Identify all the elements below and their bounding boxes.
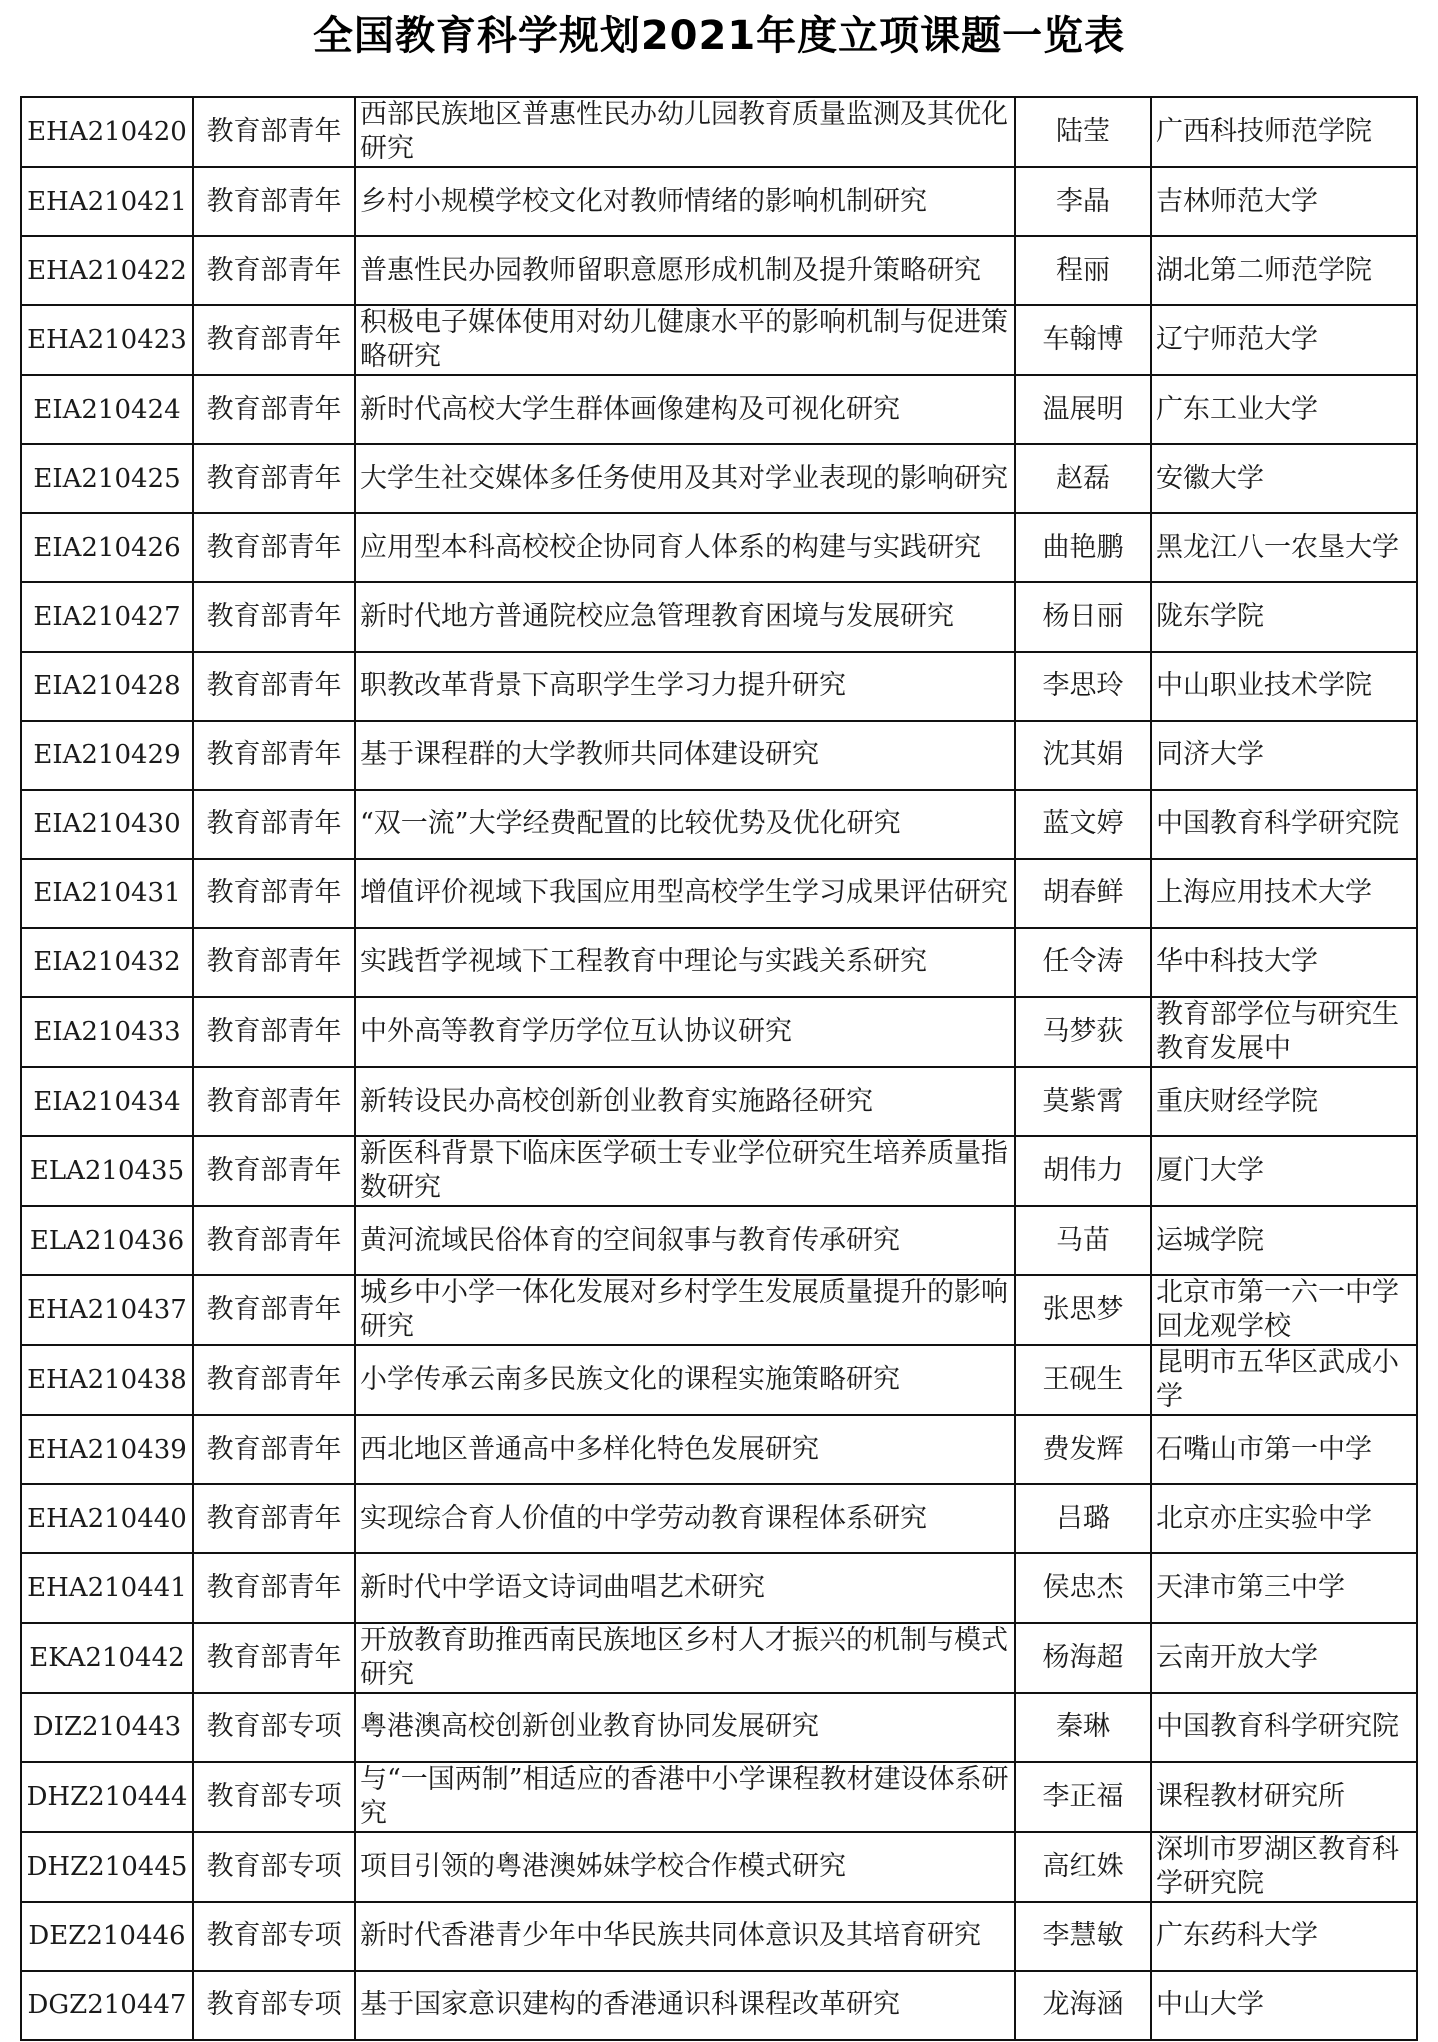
project-topic-cell: 实现综合育人价值的中学劳动教育课程体系研究 xyxy=(355,1484,1015,1553)
project-topic-cell: 积极电子媒体使用对幼儿健康水平的影响机制与促进策略研究 xyxy=(355,305,1015,375)
table-row: EHA210423教育部青年积极电子媒体使用对幼儿健康水平的影响机制与促进策略研… xyxy=(21,305,1417,375)
project-type-cell: 教育部青年 xyxy=(193,790,355,859)
principal-investigator-cell: 胡伟力 xyxy=(1015,1136,1151,1206)
project-topic-cell: 基于国家意识建构的香港通识科课程改革研究 xyxy=(355,1971,1015,2040)
institution-cell: 教育部学位与研究生教育发展中 xyxy=(1151,997,1417,1067)
institution-cell: 深圳市罗湖区教育科学研究院 xyxy=(1151,1832,1417,1902)
principal-investigator-cell: 吕璐 xyxy=(1015,1484,1151,1553)
project-type-cell: 教育部青年 xyxy=(193,1623,355,1693)
project-type-cell: 教育部专项 xyxy=(193,1902,355,1971)
principal-investigator-cell: 赵磊 xyxy=(1015,444,1151,513)
project-code-cell: DHZ210444 xyxy=(21,1762,193,1832)
institution-cell: 厦门大学 xyxy=(1151,1136,1417,1206)
institution-cell: 课程教材研究所 xyxy=(1151,1762,1417,1832)
table-row: EHA210439教育部青年西北地区普通高中多样化特色发展研究费发辉石嘴山市第一… xyxy=(21,1415,1417,1484)
project-topic-cell: “双一流”大学经费配置的比较优势及优化研究 xyxy=(355,790,1015,859)
project-topic-cell: 新时代中学语文诗词曲唱艺术研究 xyxy=(355,1553,1015,1622)
table-row: EIA210434教育部青年新转设民办高校创新创业教育实施路径研究莫紫霄重庆财经… xyxy=(21,1067,1417,1136)
principal-investigator-cell: 陆莹 xyxy=(1015,97,1151,167)
institution-cell: 中国教育科学研究院 xyxy=(1151,1693,1417,1762)
table-row: EHA210420教育部青年西部民族地区普惠性民办幼儿园教育质量监测及其优化研究… xyxy=(21,97,1417,167)
project-type-cell: 教育部青年 xyxy=(193,167,355,236)
project-table-body: EHA210420教育部青年西部民族地区普惠性民办幼儿园教育质量监测及其优化研究… xyxy=(21,97,1417,2040)
project-type-cell: 教育部青年 xyxy=(193,652,355,721)
table-row: ELA210436教育部青年黄河流域民俗体育的空间叙事与教育传承研究马苗运城学院 xyxy=(21,1206,1417,1275)
project-code-cell: EHA210422 xyxy=(21,236,193,305)
institution-cell: 天津市第三中学 xyxy=(1151,1553,1417,1622)
project-code-cell: EHA210437 xyxy=(21,1275,193,1345)
project-code-cell: ELA210436 xyxy=(21,1206,193,1275)
principal-investigator-cell: 曲艳鹏 xyxy=(1015,513,1151,582)
principal-investigator-cell: 车翰博 xyxy=(1015,305,1151,375)
project-type-cell: 教育部青年 xyxy=(193,582,355,651)
project-topic-cell: 新转设民办高校创新创业教育实施路径研究 xyxy=(355,1067,1015,1136)
project-type-cell: 教育部青年 xyxy=(193,513,355,582)
project-topic-cell: 基于课程群的大学教师共同体建设研究 xyxy=(355,721,1015,790)
project-type-cell: 教育部青年 xyxy=(193,1206,355,1275)
project-topic-cell: 新时代地方普通院校应急管理教育困境与发展研究 xyxy=(355,582,1015,651)
institution-cell: 中山大学 xyxy=(1151,1971,1417,2040)
table-row: EIA210429教育部青年基于课程群的大学教师共同体建设研究沈其娟同济大学 xyxy=(21,721,1417,790)
project-code-cell: DIZ210443 xyxy=(21,1693,193,1762)
table-row: EIA210428教育部青年职教改革背景下高职学生学习力提升研究李思玲中山职业技… xyxy=(21,652,1417,721)
principal-investigator-cell: 温展明 xyxy=(1015,375,1151,444)
project-code-cell: EHA210439 xyxy=(21,1415,193,1484)
principal-investigator-cell: 费发辉 xyxy=(1015,1415,1151,1484)
project-topic-cell: 实践哲学视域下工程教育中理论与实践关系研究 xyxy=(355,928,1015,997)
principal-investigator-cell: 马梦荻 xyxy=(1015,997,1151,1067)
project-topic-cell: 城乡中小学一体化发展对乡村学生发展质量提升的影响研究 xyxy=(355,1275,1015,1345)
institution-cell: 上海应用技术大学 xyxy=(1151,859,1417,928)
project-type-cell: 教育部青年 xyxy=(193,1136,355,1206)
principal-investigator-cell: 莫紫霄 xyxy=(1015,1067,1151,1136)
project-topic-cell: 中外高等教育学历学位互认协议研究 xyxy=(355,997,1015,1067)
project-topic-cell: 新医科背景下临床医学硕士专业学位研究生培养质量指数研究 xyxy=(355,1136,1015,1206)
table-row: EIA210433教育部青年中外高等教育学历学位互认协议研究马梦荻教育部学位与研… xyxy=(21,997,1417,1067)
principal-investigator-cell: 马苗 xyxy=(1015,1206,1151,1275)
project-type-cell: 教育部青年 xyxy=(193,97,355,167)
table-row: DIZ210443教育部专项粤港澳高校创新创业教育协同发展研究秦琳中国教育科学研… xyxy=(21,1693,1417,1762)
principal-investigator-cell: 王砚生 xyxy=(1015,1345,1151,1415)
project-code-cell: EIA210434 xyxy=(21,1067,193,1136)
project-code-cell: EIA210427 xyxy=(21,582,193,651)
principal-investigator-cell: 杨海超 xyxy=(1015,1623,1151,1693)
project-code-cell: EHA210440 xyxy=(21,1484,193,1553)
institution-cell: 云南开放大学 xyxy=(1151,1623,1417,1693)
project-code-cell: EHA210438 xyxy=(21,1345,193,1415)
principal-investigator-cell: 李晶 xyxy=(1015,167,1151,236)
project-code-cell: EIA210433 xyxy=(21,997,193,1067)
institution-cell: 广东工业大学 xyxy=(1151,375,1417,444)
institution-cell: 吉林师范大学 xyxy=(1151,167,1417,236)
table-row: EIA210424教育部青年新时代高校大学生群体画像建构及可视化研究温展明广东工… xyxy=(21,375,1417,444)
institution-cell: 广东药科大学 xyxy=(1151,1902,1417,1971)
table-row: EIA210430教育部青年“双一流”大学经费配置的比较优势及优化研究蓝文婷中国… xyxy=(21,790,1417,859)
project-type-cell: 教育部青年 xyxy=(193,997,355,1067)
project-type-cell: 教育部青年 xyxy=(193,859,355,928)
institution-cell: 广西科技师范学院 xyxy=(1151,97,1417,167)
project-type-cell: 教育部青年 xyxy=(193,721,355,790)
institution-cell: 中山职业技术学院 xyxy=(1151,652,1417,721)
table-row: EHA210437教育部青年城乡中小学一体化发展对乡村学生发展质量提升的影响研究… xyxy=(21,1275,1417,1345)
project-topic-cell: 西北地区普通高中多样化特色发展研究 xyxy=(355,1415,1015,1484)
project-topic-cell: 与“一国两制”相适应的香港中小学课程教材建设体系研究 xyxy=(355,1762,1015,1832)
project-topic-cell: 黄河流域民俗体育的空间叙事与教育传承研究 xyxy=(355,1206,1015,1275)
project-topic-cell: 粤港澳高校创新创业教育协同发展研究 xyxy=(355,1693,1015,1762)
project-code-cell: EIA210431 xyxy=(21,859,193,928)
institution-cell: 黑龙江八一农垦大学 xyxy=(1151,513,1417,582)
institution-cell: 陇东学院 xyxy=(1151,582,1417,651)
institution-cell: 中国教育科学研究院 xyxy=(1151,790,1417,859)
table-row: DEZ210446教育部专项新时代香港青少年中华民族共同体意识及其培育研究李慧敏… xyxy=(21,1902,1417,1971)
table-row: EIA210432教育部青年实践哲学视域下工程教育中理论与实践关系研究任令涛华中… xyxy=(21,928,1417,997)
project-code-cell: EHA210441 xyxy=(21,1553,193,1622)
principal-investigator-cell: 李正福 xyxy=(1015,1762,1151,1832)
principal-investigator-cell: 杨日丽 xyxy=(1015,582,1151,651)
project-topic-cell: 项目引领的粤港澳姊妹学校合作模式研究 xyxy=(355,1832,1015,1902)
institution-cell: 昆明市五华区武成小学 xyxy=(1151,1345,1417,1415)
project-code-cell: EHA210420 xyxy=(21,97,193,167)
project-topic-cell: 乡村小规模学校文化对教师情绪的影响机制研究 xyxy=(355,167,1015,236)
project-topic-cell: 新时代香港青少年中华民族共同体意识及其培育研究 xyxy=(355,1902,1015,1971)
institution-cell: 石嘴山市第一中学 xyxy=(1151,1415,1417,1484)
table-row: EKA210442教育部青年开放教育助推西南民族地区乡村人才振兴的机制与模式研究… xyxy=(21,1623,1417,1693)
principal-investigator-cell: 高红姝 xyxy=(1015,1832,1151,1902)
table-row: EIA210431教育部青年增值评价视域下我国应用型高校学生学习成果评估研究胡春… xyxy=(21,859,1417,928)
project-topic-cell: 西部民族地区普惠性民办幼儿园教育质量监测及其优化研究 xyxy=(355,97,1015,167)
project-topic-cell: 小学传承云南多民族文化的课程实施策略研究 xyxy=(355,1345,1015,1415)
project-type-cell: 教育部青年 xyxy=(193,1553,355,1622)
project-type-cell: 教育部青年 xyxy=(193,305,355,375)
project-code-cell: ELA210435 xyxy=(21,1136,193,1206)
project-code-cell: EKA210442 xyxy=(21,1623,193,1693)
principal-investigator-cell: 蓝文婷 xyxy=(1015,790,1151,859)
project-type-cell: 教育部青年 xyxy=(193,1275,355,1345)
institution-cell: 运城学院 xyxy=(1151,1206,1417,1275)
project-type-cell: 教育部专项 xyxy=(193,1971,355,2040)
table-row: EIA210426教育部青年应用型本科高校校企协同育人体系的构建与实践研究曲艳鹏… xyxy=(21,513,1417,582)
table-row: EHA210440教育部青年实现综合育人价值的中学劳动教育课程体系研究吕璐北京亦… xyxy=(21,1484,1417,1553)
project-type-cell: 教育部青年 xyxy=(193,375,355,444)
project-code-cell: EIA210428 xyxy=(21,652,193,721)
table-row: EHA210422教育部青年普惠性民办园教师留职意愿形成机制及提升策略研究程丽湖… xyxy=(21,236,1417,305)
institution-cell: 辽宁师范大学 xyxy=(1151,305,1417,375)
principal-investigator-cell: 侯忠杰 xyxy=(1015,1553,1151,1622)
table-row: EIA210425教育部青年大学生社交媒体多任务使用及其对学业表现的影响研究赵磊… xyxy=(21,444,1417,513)
institution-cell: 同济大学 xyxy=(1151,721,1417,790)
principal-investigator-cell: 任令涛 xyxy=(1015,928,1151,997)
project-topic-cell: 大学生社交媒体多任务使用及其对学业表现的影响研究 xyxy=(355,444,1015,513)
project-topic-cell: 应用型本科高校校企协同育人体系的构建与实践研究 xyxy=(355,513,1015,582)
principal-investigator-cell: 李慧敏 xyxy=(1015,1902,1151,1971)
project-type-cell: 教育部青年 xyxy=(193,928,355,997)
table-row: DHZ210445教育部专项项目引领的粤港澳姊妹学校合作模式研究高红姝深圳市罗湖… xyxy=(21,1832,1417,1902)
institution-cell: 华中科技大学 xyxy=(1151,928,1417,997)
project-code-cell: DEZ210446 xyxy=(21,1902,193,1971)
principal-investigator-cell: 张思梦 xyxy=(1015,1275,1151,1345)
project-topic-cell: 新时代高校大学生群体画像建构及可视化研究 xyxy=(355,375,1015,444)
project-code-cell: EIA210429 xyxy=(21,721,193,790)
institution-cell: 湖北第二师范学院 xyxy=(1151,236,1417,305)
project-type-cell: 教育部青年 xyxy=(193,236,355,305)
project-type-cell: 教育部专项 xyxy=(193,1693,355,1762)
page-title: 全国教育科学规划2021年度立项课题一览表 xyxy=(0,6,1438,66)
project-type-cell: 教育部青年 xyxy=(193,1484,355,1553)
principal-investigator-cell: 李思玲 xyxy=(1015,652,1151,721)
project-code-cell: DHZ210445 xyxy=(21,1832,193,1902)
project-type-cell: 教育部青年 xyxy=(193,1345,355,1415)
principal-investigator-cell: 程丽 xyxy=(1015,236,1151,305)
table-row: EHA210441教育部青年新时代中学语文诗词曲唱艺术研究侯忠杰天津市第三中学 xyxy=(21,1553,1417,1622)
project-topic-cell: 增值评价视域下我国应用型高校学生学习成果评估研究 xyxy=(355,859,1015,928)
project-code-cell: EHA210423 xyxy=(21,305,193,375)
table-row: EHA210438教育部青年小学传承云南多民族文化的课程实施策略研究王砚生昆明市… xyxy=(21,1345,1417,1415)
institution-cell: 北京市第一六一中学回龙观学校 xyxy=(1151,1275,1417,1345)
table-row: DHZ210444教育部专项与“一国两制”相适应的香港中小学课程教材建设体系研究… xyxy=(21,1762,1417,1832)
institution-cell: 重庆财经学院 xyxy=(1151,1067,1417,1136)
table-row: ELA210435教育部青年新医科背景下临床医学硕士专业学位研究生培养质量指数研… xyxy=(21,1136,1417,1206)
principal-investigator-cell: 沈其娟 xyxy=(1015,721,1151,790)
project-type-cell: 教育部青年 xyxy=(193,1067,355,1136)
project-code-cell: EIA210426 xyxy=(21,513,193,582)
project-code-cell: EIA210430 xyxy=(21,790,193,859)
project-code-cell: DGZ210447 xyxy=(21,1971,193,2040)
project-topic-cell: 职教改革背景下高职学生学习力提升研究 xyxy=(355,652,1015,721)
principal-investigator-cell: 秦琳 xyxy=(1015,1693,1151,1762)
institution-cell: 安徽大学 xyxy=(1151,444,1417,513)
table-row: EHA210421教育部青年乡村小规模学校文化对教师情绪的影响机制研究李晶吉林师… xyxy=(21,167,1417,236)
principal-investigator-cell: 胡春鲜 xyxy=(1015,859,1151,928)
principal-investigator-cell: 龙海涵 xyxy=(1015,1971,1151,2040)
project-type-cell: 教育部专项 xyxy=(193,1762,355,1832)
project-code-cell: EIA210432 xyxy=(21,928,193,997)
institution-cell: 北京亦庄实验中学 xyxy=(1151,1484,1417,1553)
table-row: DGZ210447教育部专项基于国家意识建构的香港通识科课程改革研究龙海涵中山大… xyxy=(21,1971,1417,2040)
project-type-cell: 教育部专项 xyxy=(193,1832,355,1902)
project-code-cell: EHA210421 xyxy=(21,167,193,236)
project-topic-cell: 开放教育助推西南民族地区乡村人才振兴的机制与模式研究 xyxy=(355,1623,1015,1693)
project-topic-cell: 普惠性民办园教师留职意愿形成机制及提升策略研究 xyxy=(355,236,1015,305)
project-type-cell: 教育部青年 xyxy=(193,444,355,513)
table-row: EIA210427教育部青年新时代地方普通院校应急管理教育困境与发展研究杨日丽陇… xyxy=(21,582,1417,651)
project-type-cell: 教育部青年 xyxy=(193,1415,355,1484)
project-code-cell: EIA210424 xyxy=(21,375,193,444)
project-table: EHA210420教育部青年西部民族地区普惠性民办幼儿园教育质量监测及其优化研究… xyxy=(20,96,1418,2041)
project-code-cell: EIA210425 xyxy=(21,444,193,513)
